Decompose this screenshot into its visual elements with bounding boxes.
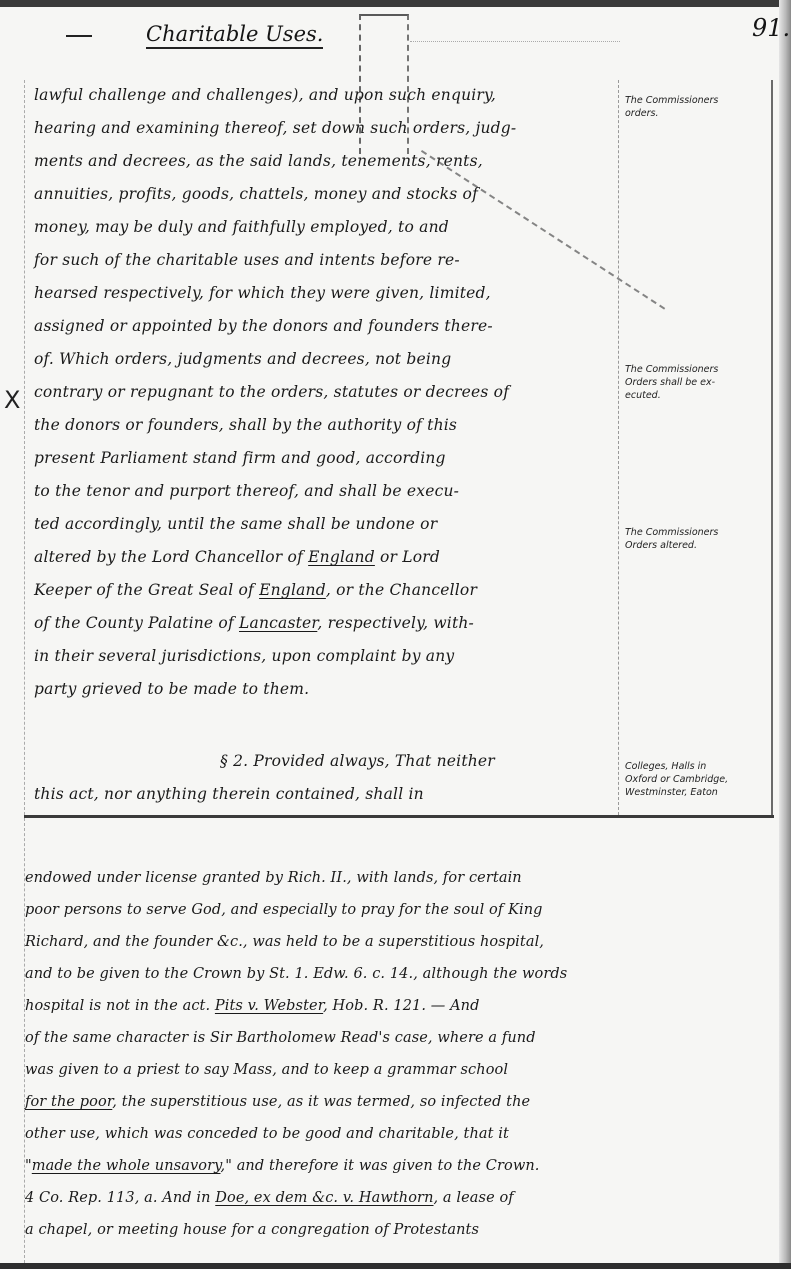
- underlined-place-name: England: [259, 581, 326, 599]
- margin-note-line: The Commissioners: [625, 363, 718, 376]
- statute-line: hearing and examining thereof, set down …: [34, 119, 516, 137]
- statute-line: the donors or founders, shall by the aut…: [34, 416, 457, 434]
- statute-line-text: altered by the Lord Chancellor of: [34, 548, 308, 566]
- statute-line: present Parliament stand firm and good, …: [34, 449, 446, 467]
- case-citation: Doe, ex dem &c. v. Hawthorn: [215, 1190, 433, 1206]
- statute-line: in their several jurisdictions, upon com…: [34, 647, 454, 665]
- page-title: Charitable Uses.: [146, 22, 323, 49]
- commentary-text-block: endowed under license granted by Rich. I…: [24, 818, 776, 1263]
- margin-note-line: ecuted.: [625, 389, 718, 402]
- statute-line-text: or Lord: [375, 548, 440, 566]
- margin-note-line: The Commissioners: [625, 94, 718, 107]
- margin-note-line: Orders shall be ex-: [625, 376, 718, 389]
- commentary-text: , the superstitious use, as it was terme…: [112, 1094, 530, 1110]
- margin-note-line: Westminster, Eaton: [625, 786, 728, 799]
- statute-line: to the tenor and purport thereof, and sh…: [34, 482, 459, 500]
- commentary-text: ": [25, 1158, 32, 1174]
- commentary-line: of the same character is Sir Bartholomew…: [25, 1030, 536, 1046]
- underlined-place-name: Lancaster: [239, 614, 317, 632]
- statute-line: altered by the Lord Chancellor of Englan…: [34, 548, 440, 566]
- commentary-text: , Hob. R. 121. — And: [323, 998, 479, 1014]
- margin-note-line: The Commissioners: [625, 526, 718, 539]
- scan-right-edge: [779, 0, 791, 1269]
- statute-line: party grieved to be made to them.: [34, 680, 309, 698]
- underlined-phrase: for the poor: [25, 1094, 112, 1110]
- statute-text-block: lawful challenge and challenges), and up…: [24, 80, 618, 815]
- margin-note-colleges: Colleges, Halls in Oxford or Cambridge, …: [625, 760, 728, 799]
- commentary-line: a chapel, or meeting house for a congreg…: [25, 1222, 479, 1238]
- statute-line-text: of the County Palatine of: [34, 614, 239, 632]
- commentary-text: ," and therefore it was given to the Cro…: [221, 1158, 540, 1174]
- margin-note-line: Orders altered.: [625, 539, 718, 552]
- statute-line: for such of the charitable uses and inte…: [34, 251, 460, 269]
- statute-line: money, may be duly and faithfully employ…: [34, 218, 449, 236]
- margin-note-line: orders.: [625, 107, 718, 120]
- margin-x-mark: X: [4, 386, 20, 414]
- commentary-text: , a lease of: [434, 1190, 514, 1206]
- commentary-line: Richard, and the founder &c., was held t…: [25, 934, 544, 950]
- commentary-line: endowed under license granted by Rich. I…: [25, 870, 522, 886]
- case-citation: Pits v. Webster: [215, 998, 323, 1014]
- statute-line: contrary or repugnant to the orders, sta…: [34, 383, 509, 401]
- commentary-line: "made the whole unsavory," and therefore…: [25, 1158, 540, 1174]
- statute-line: of. Which orders, judgments and decrees,…: [34, 350, 451, 368]
- header-dotted-rule: [410, 41, 620, 42]
- margin-notes-column: The Commissioners orders. The Commission…: [618, 80, 773, 815]
- statute-line: lawful challenge and challenges), and up…: [34, 86, 496, 104]
- commentary-line: other use, which was conceded to be good…: [25, 1126, 509, 1142]
- underlined-place-name: England: [308, 548, 375, 566]
- commentary-line: for the poor, the superstitious use, as …: [25, 1094, 530, 1110]
- commentary-line: poor persons to serve God, and especiall…: [25, 902, 543, 918]
- page-number: 91.: [752, 14, 790, 42]
- commentary-line: was given to a priest to say Mass, and t…: [25, 1062, 508, 1078]
- statute-line: annuities, profits, goods, chattels, mon…: [34, 185, 478, 203]
- statute-line: Keeper of the Great Seal of England, or …: [34, 581, 477, 599]
- statute-line-text: , or the Chancellor: [326, 581, 477, 599]
- margin-note-orders-executed: The Commissioners Orders shall be ex- ec…: [625, 363, 718, 402]
- commentary-line: hospital is not in the act. Pits v. Webs…: [25, 998, 479, 1014]
- margin-note-line: Oxford or Cambridge,: [625, 773, 728, 786]
- section-2-heading-line: § 2. Provided always, That neither: [220, 752, 495, 770]
- commentary-line: 4 Co. Rep. 113, a. And in Doe, ex dem &c…: [25, 1190, 514, 1206]
- scan-bottom-edge: [0, 1263, 791, 1269]
- margin-note-orders-altered: The Commissioners Orders altered.: [625, 526, 718, 552]
- commentary-text: 4 Co. Rep. 113, a. And in: [25, 1190, 215, 1206]
- statute-line-text: , respectively, with-: [317, 614, 474, 632]
- margin-note-line: Colleges, Halls in: [625, 760, 728, 773]
- underlined-quote: made the whole unsavory: [32, 1158, 221, 1174]
- commentary-line: and to be given to the Crown by St. 1. E…: [25, 966, 567, 982]
- statute-line: ted accordingly, until the same shall be…: [34, 515, 437, 533]
- statute-line-text: Keeper of the Great Seal of: [34, 581, 259, 599]
- commentary-text: hospital is not in the act.: [25, 998, 215, 1014]
- scan-top-edge: [0, 0, 791, 7]
- margin-note-commissioners-orders: The Commissioners orders.: [625, 94, 718, 120]
- statute-line: hearsed respectively, for which they wer…: [34, 284, 491, 302]
- statute-line: assigned or appointed by the donors and …: [34, 317, 493, 335]
- statute-line: ments and decrees, as the said lands, te…: [34, 152, 483, 170]
- statute-line: of the County Palatine of Lancaster, res…: [34, 614, 474, 632]
- header-dash: [66, 35, 92, 37]
- section-2-line: this act, nor anything therein contained…: [34, 785, 424, 803]
